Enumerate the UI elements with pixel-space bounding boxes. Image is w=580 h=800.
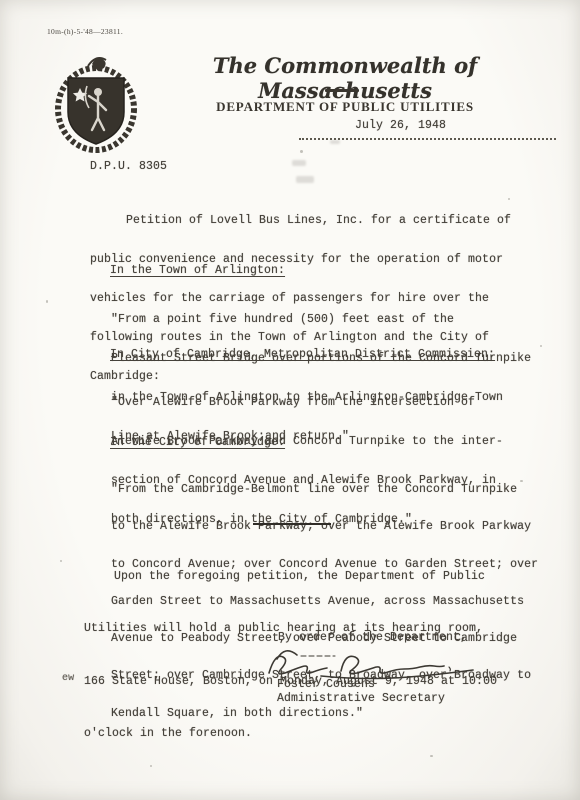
- scan-speck: [500, 640, 502, 642]
- document-title: The Commonwealth of Massachusetts: [155, 53, 535, 103]
- scan-speck: [520, 480, 523, 482]
- department-name: DEPARTMENT OF PUBLIC UTILITIES: [155, 99, 535, 115]
- text-line: Petition of Lovell Bus Lines, Inc. for a…: [90, 214, 511, 227]
- title-rule: [325, 89, 359, 92]
- text-line: "From the Cambridge-Belmont line over th…: [111, 484, 538, 495]
- section-heading-arlington: In the Town of Arlington:: [110, 264, 285, 277]
- signer-title: Administrative Secretary: [277, 692, 445, 705]
- text-line: Upon the foregoing petition, the Departm…: [84, 564, 497, 590]
- scan-speck: [60, 560, 62, 562]
- scan-speck: [430, 755, 433, 757]
- scan-speck: [508, 198, 510, 200]
- scan-smudge: [296, 176, 314, 183]
- signer-name: Foster Cousens: [277, 678, 375, 691]
- form-number: 10m-(h)-5-'48—23811.: [47, 27, 123, 36]
- section-heading-mdc: In City of Cambridge, Metropolitan Distr…: [110, 348, 495, 361]
- scan-smudge: [330, 140, 340, 144]
- typist-initials: ew: [62, 673, 74, 684]
- scan-speck: [46, 300, 48, 303]
- text-line: "From a point five hundred (500) feet ea…: [111, 313, 531, 326]
- massachusetts-seal-icon: [52, 54, 140, 154]
- document-date: July 26, 1948: [355, 119, 446, 132]
- scan-speck: [150, 765, 152, 767]
- section-divider: [253, 523, 331, 525]
- docket-number: D.P.U. 8305: [90, 160, 167, 173]
- text-line: o'clock in the forenoon.: [84, 721, 497, 747]
- scan-speck: [540, 345, 542, 347]
- scanned-document-page: 10m-(h)-5-'48—23811. The Commonwealth of…: [0, 0, 580, 800]
- signature: [263, 643, 483, 683]
- scan-speck: [300, 150, 303, 153]
- text-line: "Over Alewife Brook Parkway from the int…: [111, 396, 503, 409]
- section-heading-cambridge: In the City of Cambridge:: [110, 436, 285, 449]
- scan-smudge: [292, 160, 306, 166]
